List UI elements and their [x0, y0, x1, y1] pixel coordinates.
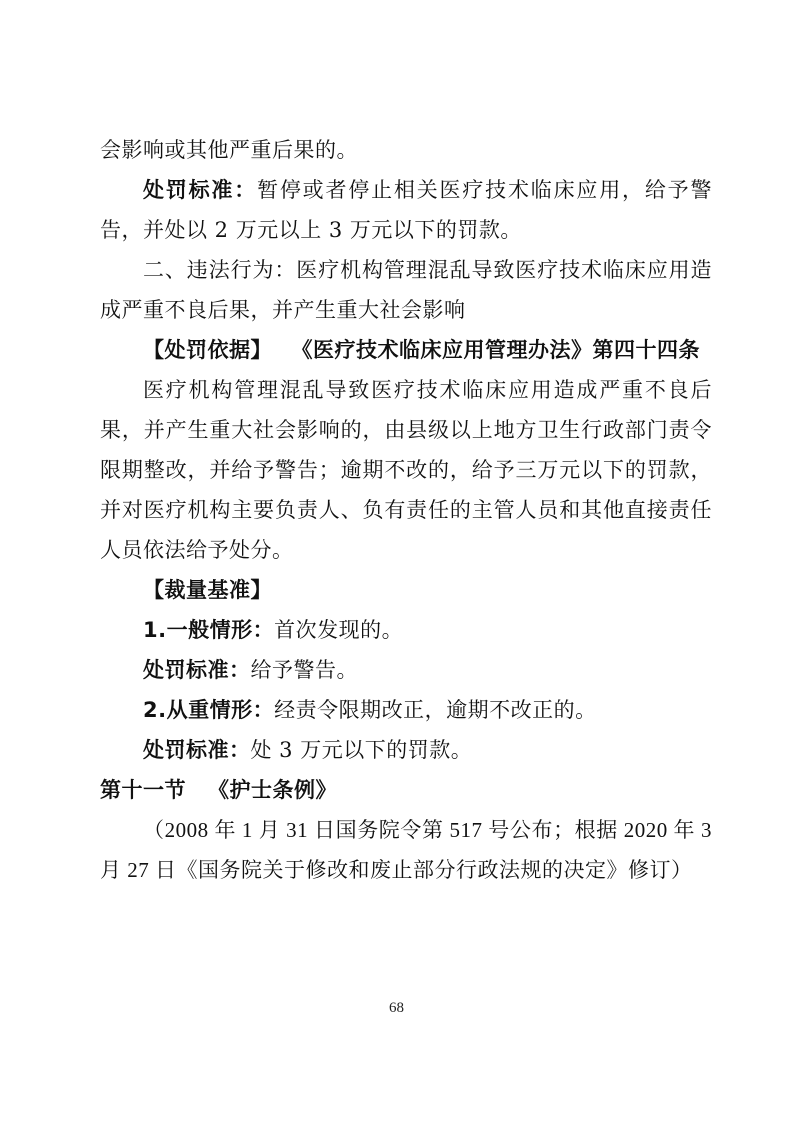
general-penalty-label: 处罚标准：	[143, 658, 251, 682]
section-heading-title: 《护士条例》	[208, 778, 337, 802]
paragraph-law-text: 医疗机构管理混乱导致医疗技术临床应用造成严重不良后果，并产生重大社会影响的，由县…	[100, 370, 712, 570]
penalty-basis-reference: 《医疗技术临床应用管理办法》第四十四条	[302, 338, 700, 362]
aggravated-case-text: 经责令限期改正，逾期不改正的。	[274, 698, 597, 722]
general-case-text: 首次发现的。	[274, 618, 403, 642]
general-case-label: 1.一般情形：	[143, 618, 274, 642]
penalty-basis-label: 【处罚依据】	[143, 338, 272, 362]
paragraph-aggravated-penalty: 处罚标准：处 3 万元以下的罚款。	[100, 730, 712, 770]
penalty-standard-1-label: 处罚标准：	[143, 178, 257, 202]
paragraph-aggravated-case: 2.从重情形：经责令限期改正，逾期不改正的。	[100, 690, 712, 730]
document-page: 会影响或其他严重后果的。 处罚标准：暂停或者停止相关医疗技术临床应用，给予警告，…	[0, 0, 793, 1122]
paragraph-violation-2: 二、违法行为：医疗机构管理混乱导致医疗技术临床应用造成严重不良后果，并产生重大社…	[100, 250, 712, 330]
section-heading: 第十一节《护士条例》	[100, 770, 712, 810]
aggravated-penalty-text: 处 3 万元以下的罚款。	[251, 738, 473, 762]
general-penalty-text: 给予警告。	[251, 658, 359, 682]
paragraph-continuation: 会影响或其他严重后果的。	[100, 130, 712, 170]
paragraph-general-penalty: 处罚标准：给予警告。	[100, 650, 712, 690]
paragraph-discretion-header: 【裁量基准】	[100, 570, 712, 610]
paragraph-general-case: 1.一般情形：首次发现的。	[100, 610, 712, 650]
page-number: 68	[0, 1000, 793, 1017]
section-heading-number: 第十一节	[100, 778, 186, 802]
paragraph-penalty-standard-1: 处罚标准：暂停或者停止相关医疗技术临床应用，给予警告，并处以 2 万元以上 3 …	[100, 170, 712, 250]
aggravated-case-label: 2.从重情形：	[143, 698, 274, 722]
paragraph-penalty-basis: 【处罚依据】《医疗技术临床应用管理办法》第四十四条	[100, 330, 712, 370]
paragraph-promulgation: （2008 年 1 月 31 日国务院令第 517 号公布；根据 2020 年 …	[100, 810, 712, 890]
document-body: 会影响或其他严重后果的。 处罚标准：暂停或者停止相关医疗技术临床应用，给予警告，…	[100, 130, 712, 890]
aggravated-penalty-label: 处罚标准：	[143, 738, 251, 762]
